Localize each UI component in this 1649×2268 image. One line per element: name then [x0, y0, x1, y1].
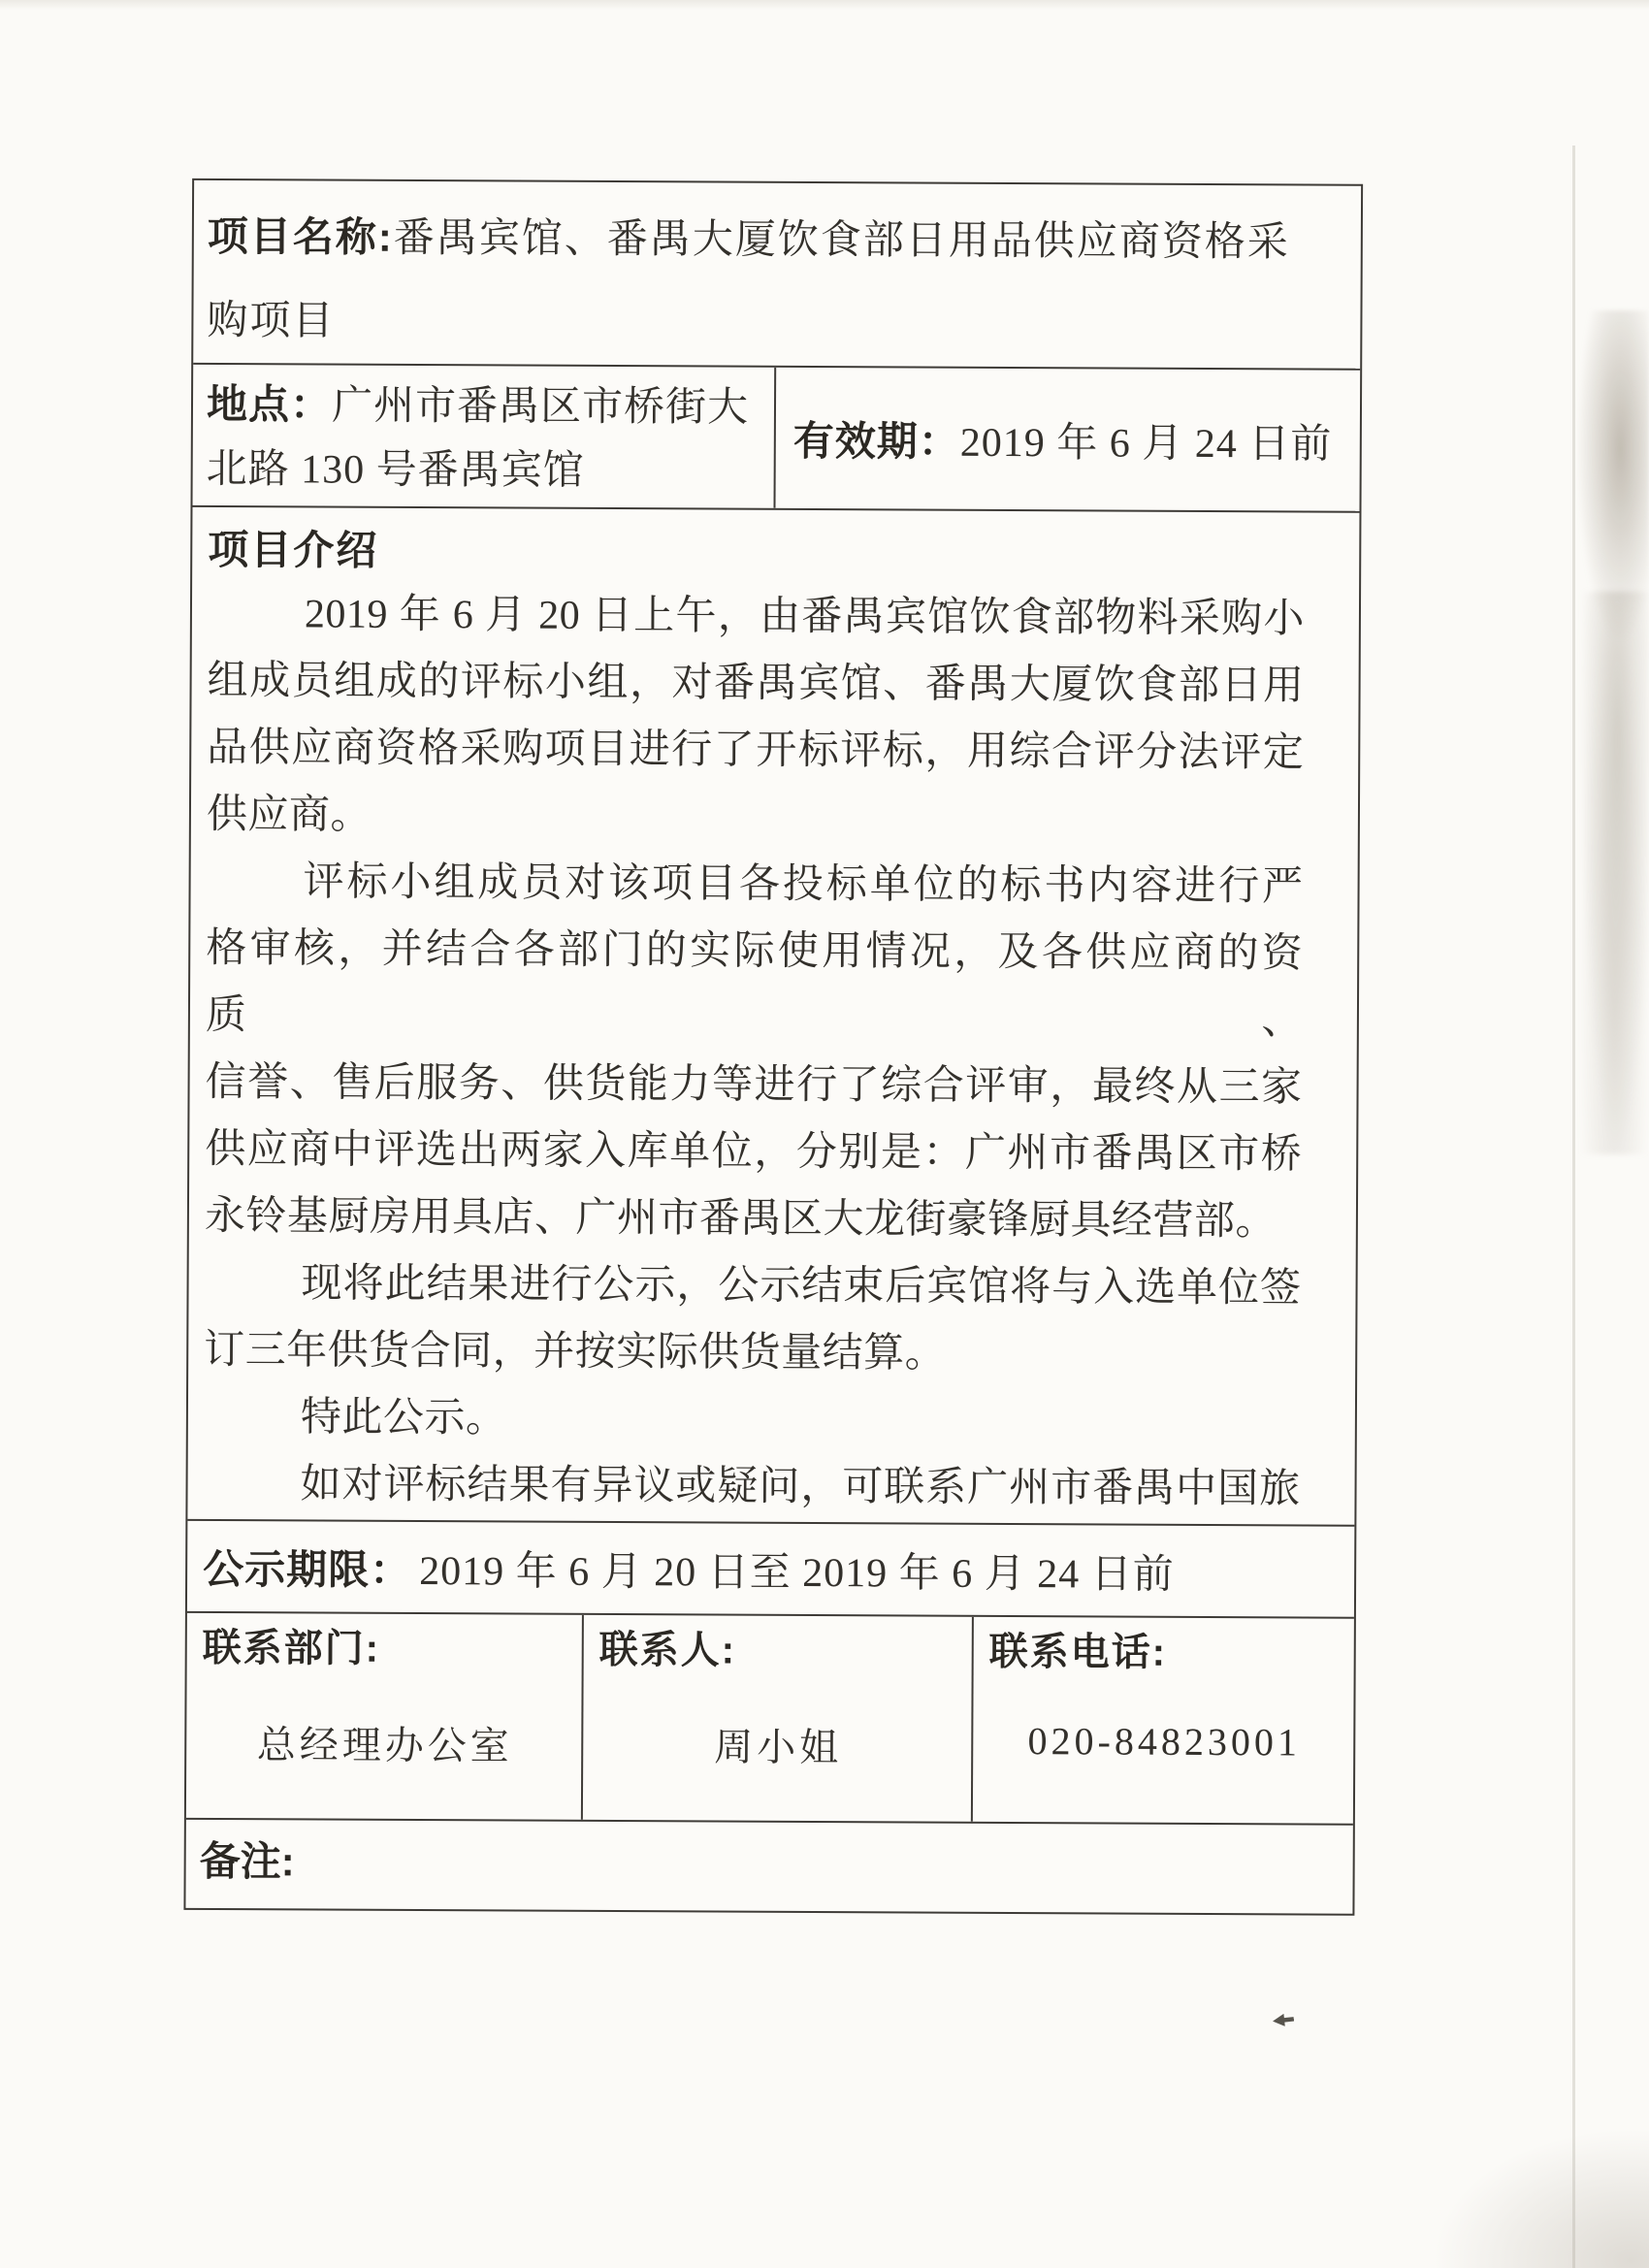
contact-department-cell: 联系部门: 总经理办公室 [186, 1613, 584, 1820]
intro-paragraphs: 2019 年 6 月 20 日上午，由番禺宾馆饮食部物料采购小组成员组成的评标小… [203, 581, 1305, 1525]
introduction-row: 项目介绍 2019 年 6 月 20 日上午，由番禺宾馆饮食部物料采购小组成员组… [187, 505, 1359, 1525]
intro-line: 2019 年 6 月 20 日上午，由番禺宾馆饮食部物料采购小 [208, 581, 1305, 654]
project-name-text: 番禺宾馆、番禺大厦饮食部日用品供应商资格采 [394, 216, 1290, 266]
intro-line: 如对评标结果有异议或疑问，可联系广州市番禺中国旅行社 [203, 1451, 1301, 1525]
location-line1: 地点：广州市番禺区市桥街大 [207, 373, 764, 440]
contact-phone-cell: 联系电话: 020-84823001 [973, 1617, 1354, 1824]
intro-line: 供应商中评选出两家入库单位，分别是：广州市番禺区市桥 [205, 1117, 1302, 1189]
location-validity-row: 地点：广州市番禺区市桥街大 北路 130 号番禺宾馆 有效期：2019 年 6 … [193, 363, 1361, 511]
contact-department-label: 联系部门: [203, 1627, 582, 1671]
publicity-value: 2019 年 6 月 20 日至 2019 年 6 月 24 日前 [419, 1539, 1175, 1601]
contact-person-value: 周小姐 [598, 1716, 971, 1773]
location-text: 广州市番禺区市桥街大 [332, 384, 749, 431]
intro-line: 信誉、售后服务、供货能力等进行了综合评审，最终从三家 [205, 1050, 1302, 1122]
scan-smudge-upper [1577, 310, 1649, 640]
intro-line: 格审核，并结合各部门的实际使用情况，及各供应商的资质、 [206, 916, 1304, 1055]
contact-phone-value: 020-84823001 [988, 1718, 1353, 1766]
remark-label: 备注: [200, 1838, 295, 1884]
location-label: 地点： [207, 381, 332, 428]
ink-arrow-mark [1272, 2013, 1294, 2027]
scan-smudge-lower [1579, 592, 1649, 1154]
introduction-title: 项目介绍 [208, 519, 1305, 587]
scan-top-shadow [0, 0, 1649, 10]
project-name-label: 项目名称: [208, 213, 394, 260]
intro-line: 供应商。 [207, 782, 1304, 855]
intro-line: 订三年供货合同，并按实际供货量结算。 [204, 1317, 1301, 1390]
validity-label: 有效期： [793, 417, 960, 464]
intro-line: 现将此结果进行公示，公示结束后宾馆将与入选单位签 [204, 1250, 1301, 1323]
intro-line: 组成员组成的评标小组，对番禺宾馆、番禺大厦饮食部日用 [207, 648, 1304, 721]
project-name-line1: 项目名称:番禺宾馆、番禺大厦饮食部日用品供应商资格采 [208, 196, 1322, 284]
validity-value: 2019 年 6 月 24 日前 [960, 420, 1333, 467]
location-line2: 北路 130 号番禺宾馆 [207, 437, 764, 504]
contact-phone-label: 联系电话: [989, 1631, 1354, 1675]
contact-person-label: 联系人: [599, 1629, 972, 1673]
intro-line: 品供应商资格采购项目进行了开标评标，用综合评分法评定 [207, 715, 1304, 788]
project-name-line2: 购项目 [207, 278, 1321, 369]
remark-row: 备注: [185, 1818, 1352, 1914]
validity-line: 有效期：2019 年 6 月 24 日前 [793, 408, 1333, 470]
publicity-period-row: 公示期限： 2019 年 6 月 20 日至 2019 年 6 月 24 日前 [187, 1519, 1354, 1617]
contact-person-cell: 联系人: 周小姐 [583, 1615, 974, 1822]
location-cell: 地点：广州市番禺区市桥街大 北路 130 号番禺宾馆 [193, 365, 777, 508]
intro-line: 永铃基厨房用具店、广州市番禺区大龙街豪锋厨具经营部。 [205, 1183, 1302, 1256]
intro-line: 特此公示。 [204, 1384, 1301, 1457]
contact-department-value: 总经理办公室 [202, 1714, 581, 1771]
scan-corner-shadow [1426, 2124, 1649, 2268]
contacts-row: 联系部门: 总经理办公室 联系人: 周小姐 联系电话: 020-84823001 [186, 1611, 1354, 1824]
scanned-notice-page: { "colors": { "paper": "#fbfaf7", "ink":… [0, 0, 1649, 2268]
validity-cell: 有效期：2019 年 6 月 24 日前 [775, 368, 1360, 511]
project-name-row: 项目名称:番禺宾馆、番禺大厦饮食部日用品供应商资格采 购项目 [193, 180, 1361, 369]
publicity-label: 公示期限： [203, 1537, 411, 1596]
notice-table: 项目名称:番禺宾馆、番禺大厦饮食部日用品供应商资格采 购项目 地点：广州市番禺区… [183, 178, 1363, 1916]
scan-edge-line [1572, 146, 1575, 2268]
intro-line: 评标小组成员对该项目各投标单位的标书内容进行严 [206, 849, 1303, 922]
